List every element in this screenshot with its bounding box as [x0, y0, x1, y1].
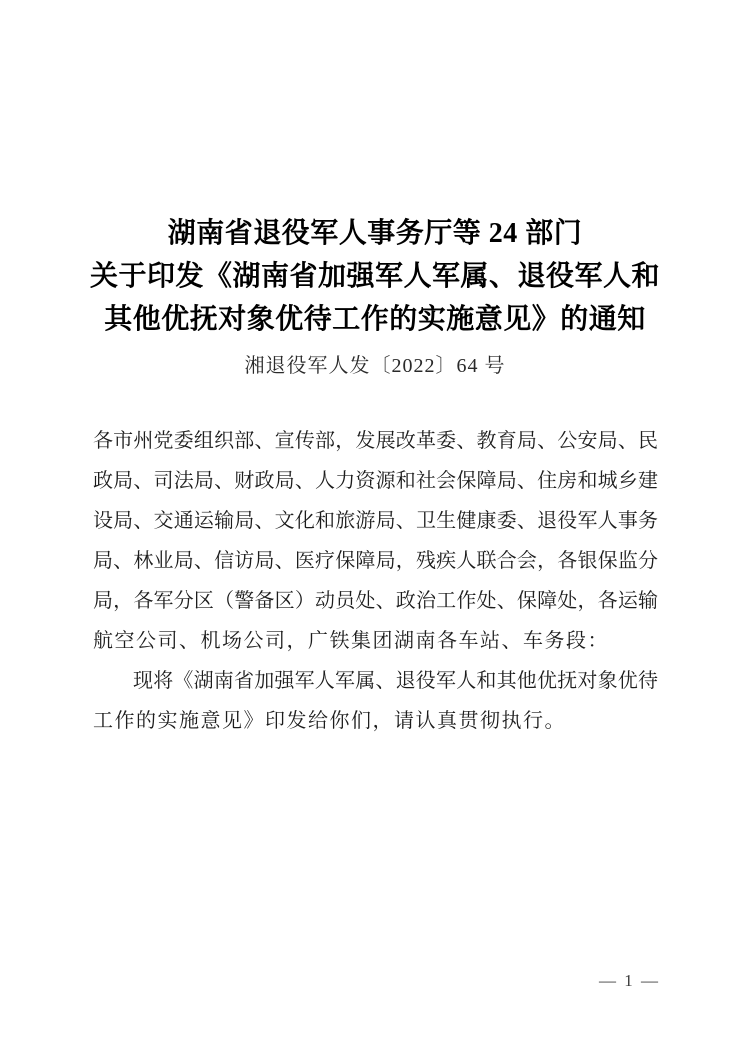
- recipients-paragraph: 各市州党委组织部、宣传部，发展改革委、教育局、公安局、民 政局、司法局、财政局、…: [93, 421, 658, 661]
- recipients-line-3: 设局、交通运输局、文化和旅游局、卫生健康委、退役军人事务: [93, 501, 658, 541]
- recipients-line-6: 航空公司、机场公司，广铁集团湖南各车站、车务段：: [93, 621, 658, 661]
- document-number: 湘退役军人发〔2022〕64 号: [0, 352, 750, 380]
- body-paragraph: 现将《湖南省加强军人军属、退役军人和其他优抚对象优待 工作的实施意见》印发给你们…: [93, 661, 658, 741]
- document-title: 湖南省退役军人事务厅等 24 部门 关于印发《湖南省加强军人军属、退役军人和 其…: [0, 212, 750, 341]
- document-title-line-1: 湖南省退役军人事务厅等 24 部门: [0, 212, 750, 255]
- recipients-line-1: 各市州党委组织部、宣传部，发展改革委、教育局、公安局、民: [93, 421, 658, 461]
- page-number: — 1 —: [599, 970, 660, 992]
- recipients-line-5: 局，各军分区（警备区）动员处、政治工作处、保障处，各运输: [93, 581, 658, 621]
- body-line-2: 工作的实施意见》印发给你们，请认真贯彻执行。: [93, 701, 658, 741]
- document-body: 各市州党委组织部、宣传部，发展改革委、教育局、公安局、民 政局、司法局、财政局、…: [93, 421, 658, 741]
- document-title-line-2: 关于印发《湖南省加强军人军属、退役军人和: [0, 255, 750, 298]
- recipients-line-2: 政局、司法局、财政局、人力资源和社会保障局、住房和城乡建: [93, 461, 658, 501]
- document-page: 湖南省退役军人事务厅等 24 部门 关于印发《湖南省加强军人军属、退役军人和 其…: [0, 0, 750, 1060]
- document-title-line-3: 其他优抚对象优待工作的实施意见》的通知: [0, 298, 750, 341]
- recipients-line-4: 局、林业局、信访局、医疗保障局，残疾人联合会，各银保监分: [93, 541, 658, 581]
- body-line-1: 现将《湖南省加强军人军属、退役军人和其他优抚对象优待: [93, 661, 658, 701]
